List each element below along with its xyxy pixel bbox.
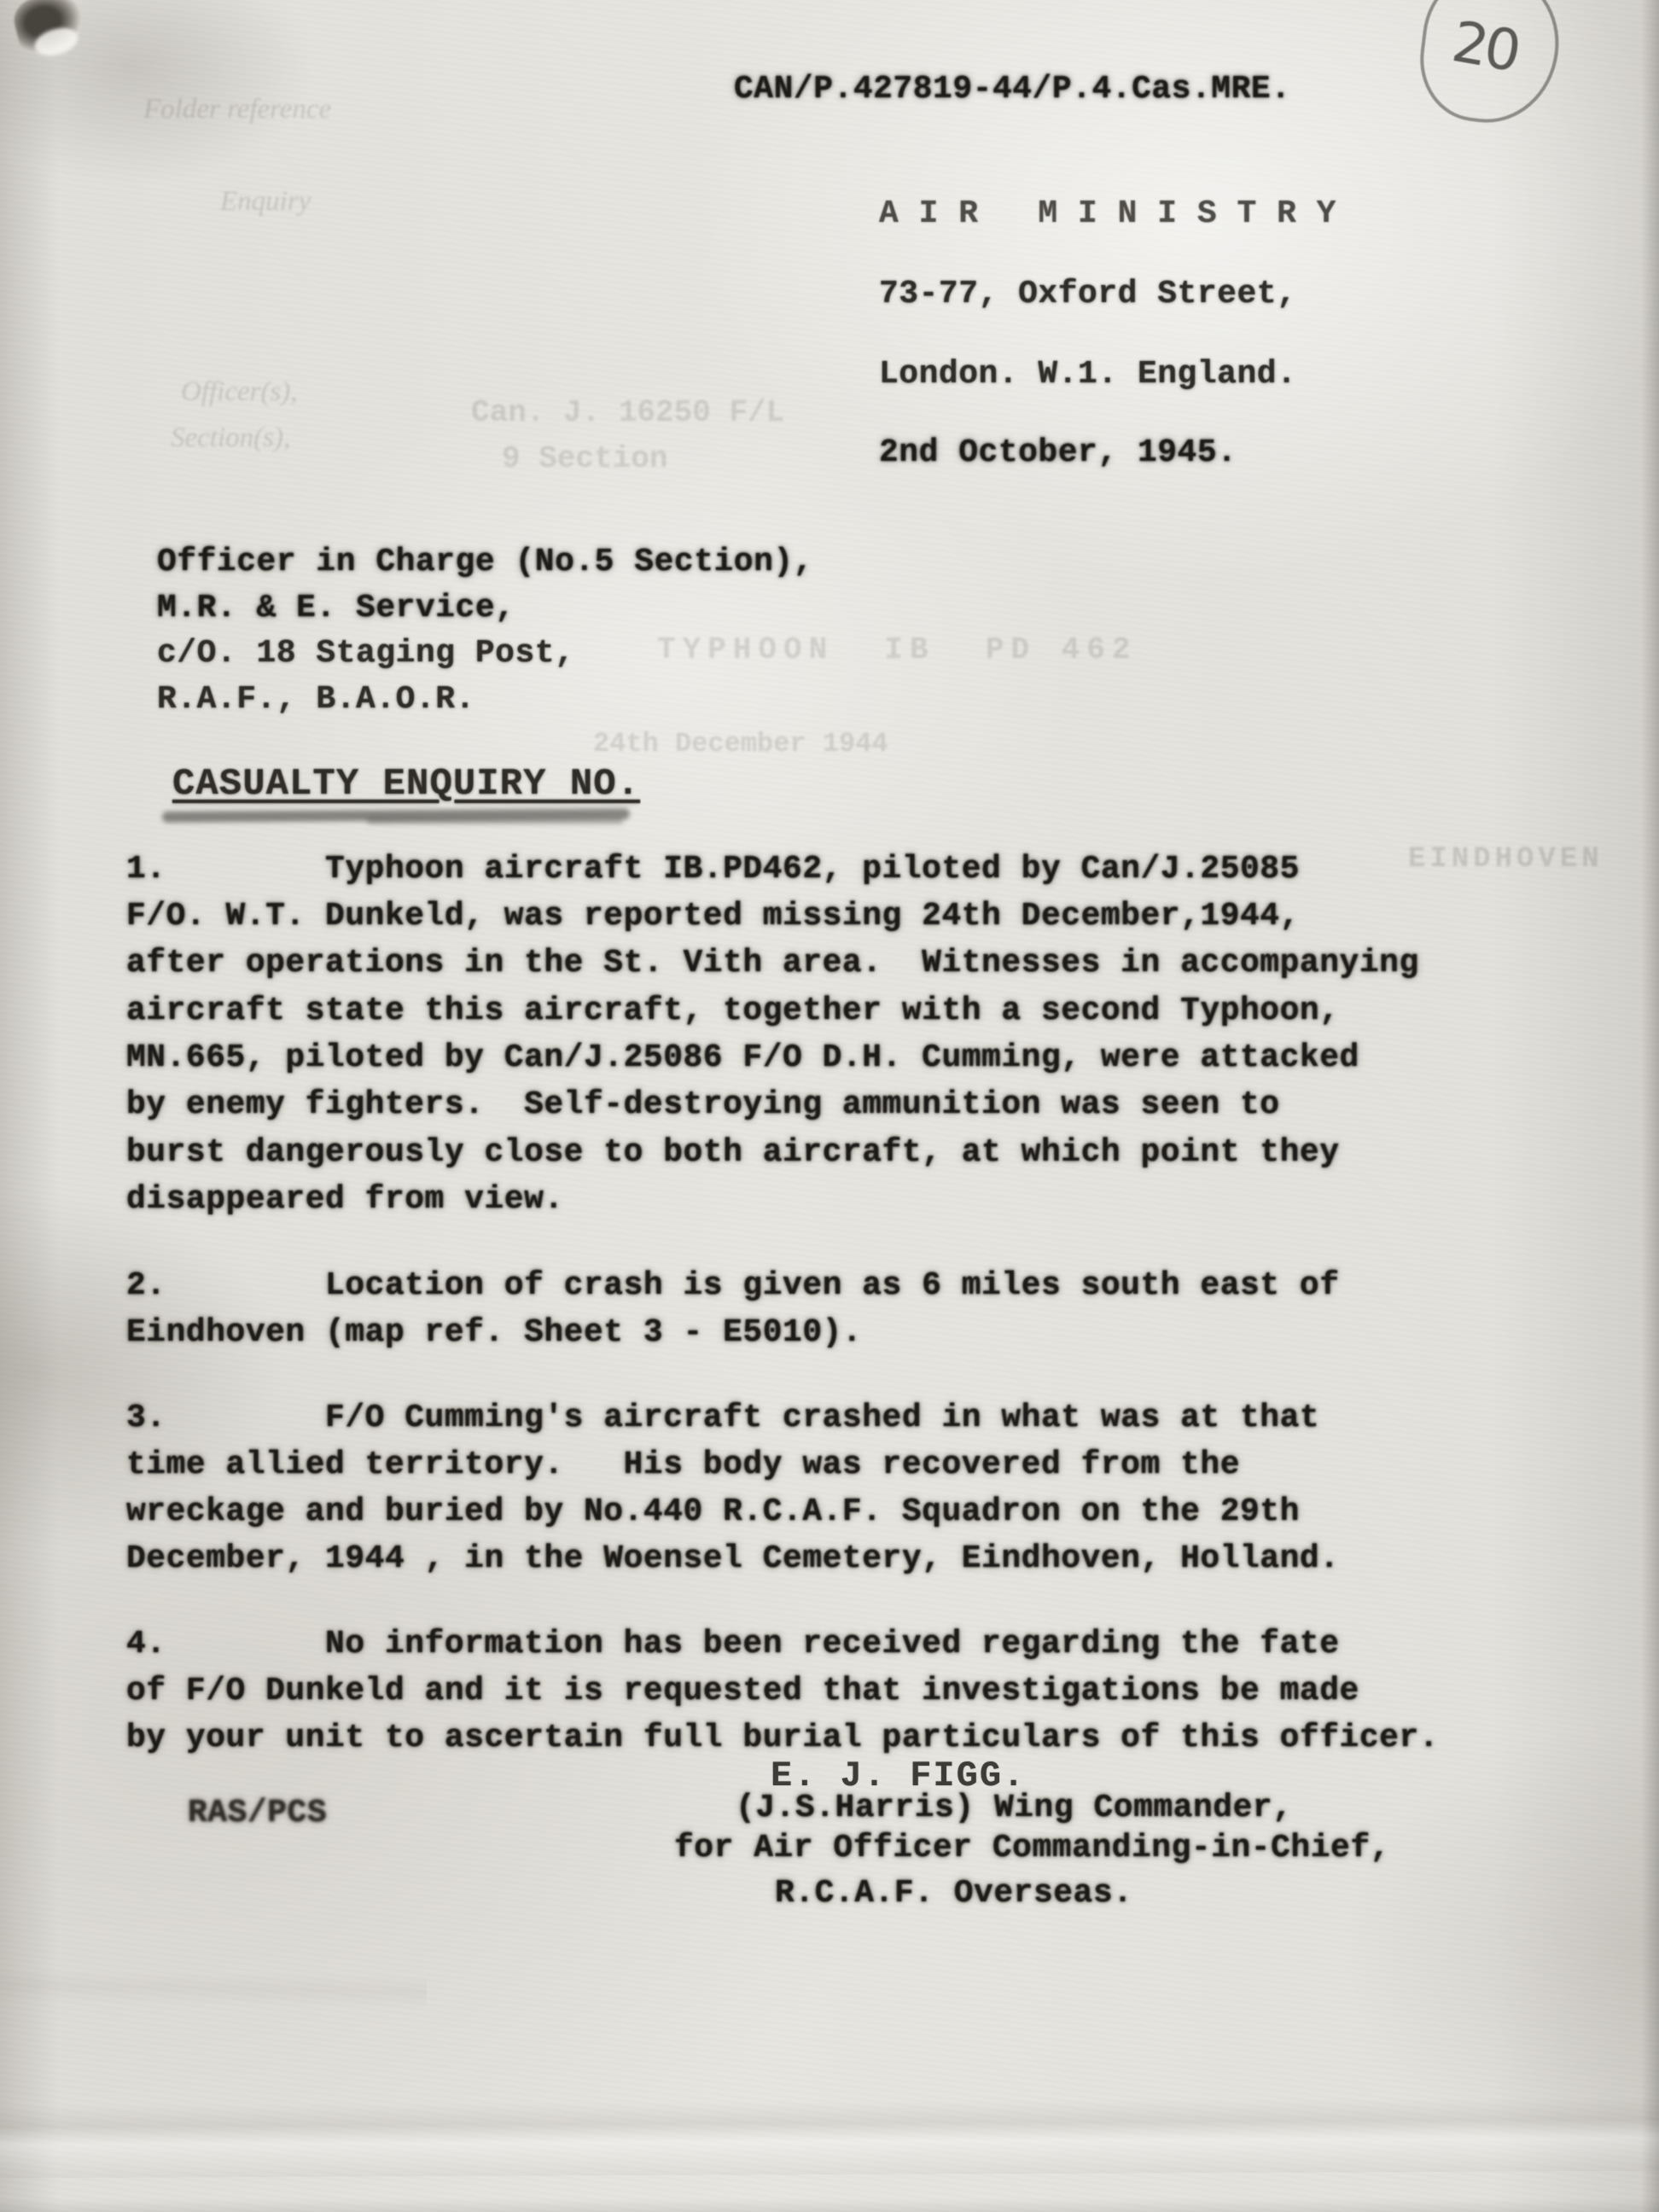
ghost-sections-label: Section(s), <box>171 424 290 452</box>
paragraph-line: 4. No information has been received rega… <box>126 1627 1340 1662</box>
paragraph-line: time allied territory. His body was reco… <box>126 1447 1240 1483</box>
paragraph-line: by your unit to ascertain full burial pa… <box>126 1720 1439 1756</box>
paragraph-line: 3. F/O Cumming's aircraft crashed in wha… <box>126 1400 1319 1436</box>
recipient-line: Officer in Charge (No.5 Section), <box>157 544 813 580</box>
ghost-folder-reference: Folder reference <box>143 96 331 124</box>
recipient-line: c/O. 18 Staging Post, <box>157 636 574 672</box>
paragraph-line: 2. Location of crash is given as 6 miles… <box>126 1268 1340 1304</box>
paragraph-line: MN.665, piloted by Can/J.25086 F/O D.H. … <box>126 1040 1359 1076</box>
signature-rank-line: (J.S.Harris) Wing Commander, <box>736 1790 1293 1826</box>
page-number: 20 <box>1448 14 1522 80</box>
ghost-officers-label: Officer(s), <box>181 378 298 406</box>
paragraph-line: December, 1944 , in the Woensel Cemetery… <box>126 1541 1340 1577</box>
paragraph-line: aircraft state this aircraft, together w… <box>126 993 1340 1029</box>
signature-service-line: R.C.A.F. Overseas. <box>775 1876 1132 1912</box>
ghost-enquiry: Enquiry <box>220 188 311 216</box>
letterhead-title: A I R M I N I S T R Y <box>879 196 1336 232</box>
recipient-line: R.A.F., B.A.O.R. <box>157 682 475 718</box>
paragraph-line: by enemy fighters. Self-destroying ammun… <box>126 1087 1280 1123</box>
letterhead-city: London. W.1. England. <box>879 357 1296 393</box>
reference-number: CAN/P.427819-44/P.4.Cas.MRE. <box>734 72 1291 108</box>
letter-date: 2nd October, 1945. <box>879 435 1237 471</box>
paragraph-line: wreckage and buried by No.440 R.C.A.F. S… <box>126 1494 1300 1530</box>
ghost-place-stamp: EINDHOVEN <box>1408 845 1604 874</box>
paragraph-line: Eindhoven (map ref. Sheet 3 - E5010). <box>126 1315 862 1351</box>
page-edge-shadow-right <box>1640 0 1659 2212</box>
ghost-service-number: Can. J. 16250 F/L <box>471 398 784 428</box>
paragraph-line: 1. Typhoon aircraft IB.PD462, piloted by… <box>126 852 1300 888</box>
letterhead-street: 73-77, Oxford Street, <box>879 276 1296 312</box>
subject-heading: CASUALTY ENQUIRY NO. <box>172 764 640 805</box>
paragraph-line: disappeared from view. <box>126 1182 564 1218</box>
signature-for-line: for Air Officer Commanding-in-Chief, <box>674 1831 1390 1866</box>
paragraph-line: F/O. W.T. Dunkeld, was reported missing … <box>126 899 1300 934</box>
recipient-line: M.R. & E. Service, <box>157 591 515 626</box>
paragraph-line: after operations in the St. Vith area. W… <box>126 946 1419 981</box>
underline-smear-light <box>367 818 623 824</box>
fold-crease <box>0 2098 1659 2178</box>
paragraph-line: burst dangerously close to both aircraft… <box>126 1135 1340 1171</box>
typist-initials: RAS/PCS <box>188 1796 327 1831</box>
fold-crease-minor <box>0 1968 427 2010</box>
scanned-letter-page: 20 Folder reference Enquiry Officer(s), … <box>0 0 1659 2212</box>
paragraph-line: of F/O Dunkeld and it is requested that … <box>126 1674 1359 1709</box>
ghost-typhoon-line: TYPHOON IB PD 462 <box>657 635 1137 666</box>
page-edge-shadow-bottom <box>0 2198 1659 2212</box>
ghost-date-line: 24th December 1944 <box>593 731 888 758</box>
ghost-section-9: 9 Section <box>502 444 667 474</box>
